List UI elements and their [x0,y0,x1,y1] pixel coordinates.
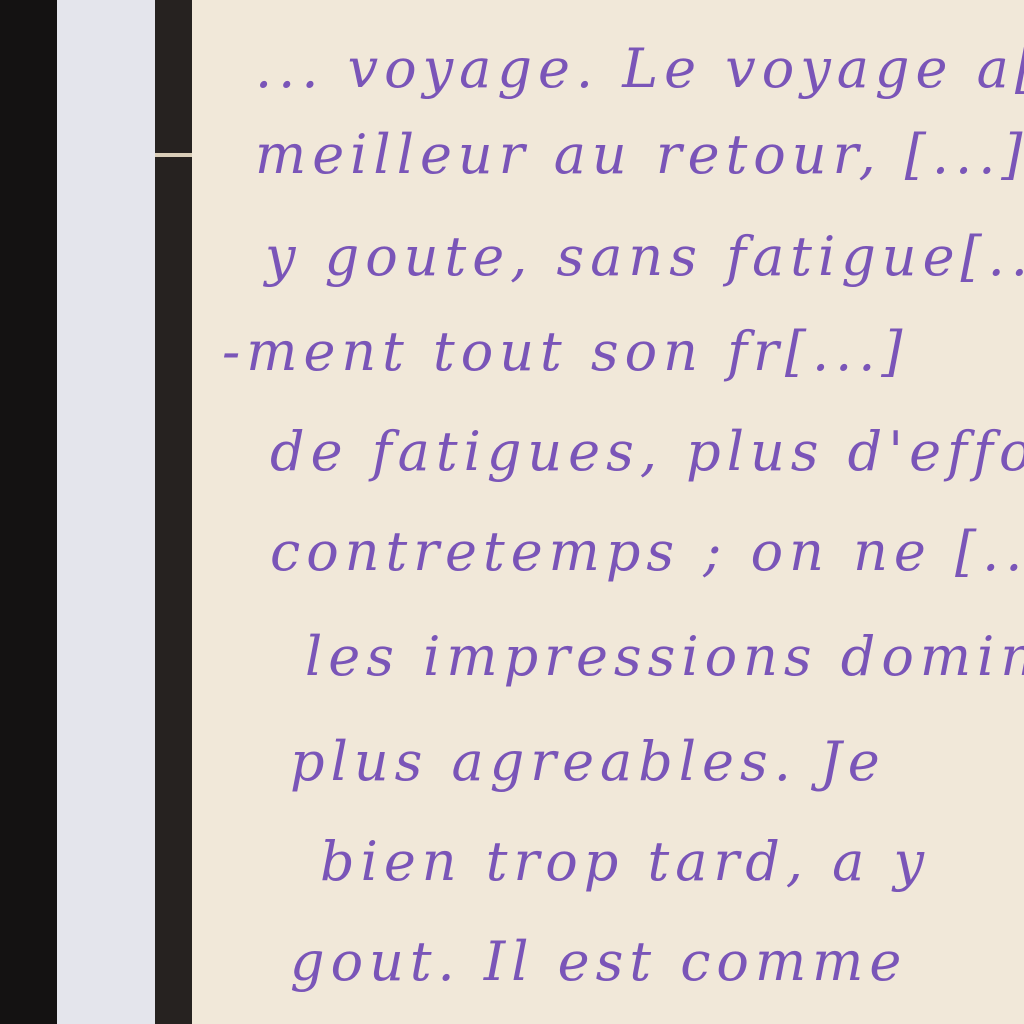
handwritten-line: y goute, sans fatigue[...] [265,230,1024,284]
scan-background-black [0,0,57,1024]
handwritten-line: meilleur au retour, [...] [255,128,1024,182]
handwritten-line: ... voyage. Le voyage a[...] [255,42,1024,96]
handwritten-line: plus agreables. Je [290,735,886,789]
handwritten-line: contretemps ; on ne [...] [270,525,1024,579]
handwritten-line: les impressions domina[ntes] [305,630,1024,684]
scan-background-gray [57,0,155,1024]
handwritten-line: -ment tout son fr[...] [222,325,909,379]
handwritten-line: gout. Il est comme [290,935,907,989]
handwritten-line: bien trop tard, a y [320,835,930,889]
border-notch [155,153,192,157]
handwritten-line: de fatigues, plus d'effor[ts] [270,425,1024,479]
